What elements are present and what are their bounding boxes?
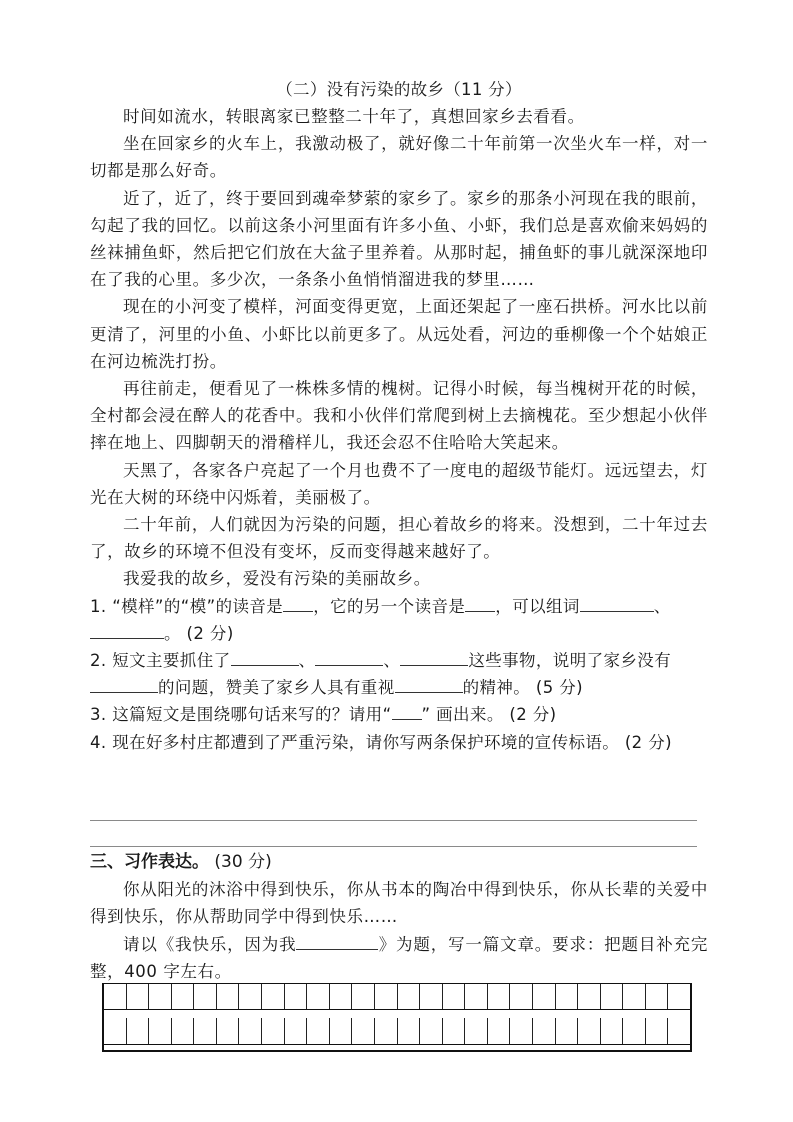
grid-cell[interactable] [285, 984, 308, 1009]
grid-cell[interactable] [443, 1018, 466, 1044]
q3-underline-sample [392, 703, 422, 721]
grid-cell[interactable] [194, 1018, 217, 1044]
grid-cell[interactable] [646, 984, 669, 1009]
question-4: 4. 现在好多村庄都遭到了严重污染，请你写两条保护环境的宣传标语。 (2 分) [90, 729, 708, 756]
grid-gap [102, 1045, 692, 1052]
grid-cell[interactable] [623, 984, 646, 1009]
grid-cell[interactable] [217, 1018, 240, 1044]
q4-answer-line-1[interactable] [90, 820, 697, 821]
grid-cell[interactable] [556, 984, 579, 1009]
passage-paragraph: 再往前走，便看见了一株株多情的槐树。记得小时候，每当槐树开花的时候，全村都会浸在… [90, 375, 708, 457]
q2-text: 的问题，赞美了家乡人具有重视 [158, 678, 395, 697]
grid-cell[interactable] [149, 984, 172, 1009]
grid-cell[interactable] [623, 1018, 646, 1044]
q1-text: 、 [654, 597, 671, 616]
q2-score: 的精神。 (5 分) [463, 678, 583, 697]
passage-paragraph: 二十年前，人们就因为污染的问题，担心着故乡的将来。没想到，二十年过去了，故乡的环… [90, 511, 708, 565]
grid-cell[interactable] [285, 1018, 308, 1044]
q2-text: 这些事物，说明了家乡没有 [468, 651, 671, 670]
grid-gap [102, 1010, 692, 1018]
grid-cell[interactable] [488, 984, 511, 1009]
q1-text: ，可以组词 [495, 597, 580, 616]
grid-cell[interactable] [194, 984, 217, 1009]
grid-cell[interactable] [375, 984, 398, 1009]
q1-blank-other-pinyin[interactable] [465, 594, 495, 612]
q2-text: 2. 短文主要抓住了 [90, 651, 231, 670]
grid-cell[interactable] [578, 984, 601, 1009]
passage-paragraph: 坐在回家乡的火车上，我激动极了，就好像二十年前第一次坐火车一样，对一切都是那么好… [90, 130, 708, 184]
prompt-text: 请以《我快乐，因为我 [123, 935, 296, 954]
grid-cell[interactable] [307, 984, 330, 1009]
q4-answer-line-2[interactable] [90, 846, 697, 847]
grid-cell[interactable] [556, 1018, 579, 1044]
grid-cell[interactable] [578, 1018, 601, 1044]
title-blank[interactable] [296, 932, 378, 950]
writing-section: 三、习作表达。 (30 分) 你从阳光的沐浴中得到快乐，你从书本的陶冶中得到快乐… [90, 849, 708, 985]
writing-grid[interactable] [102, 983, 692, 1052]
grid-cell[interactable] [601, 1018, 624, 1044]
q1-blank-pinyin[interactable] [283, 594, 313, 612]
grid-cell[interactable] [149, 1018, 172, 1044]
passage-paragraph: 我爱我的故乡，爱没有污染的美丽故乡。 [90, 565, 708, 592]
section3-score: (30 分) [209, 852, 272, 872]
passage-paragraph: 时间如流水，转眼离家已整整二十年了，真想回家乡去看看。 [90, 103, 708, 130]
exam-page: （二）没有污染的故乡（11 分） 时间如流水，转眼离家已整整二十年了，真想回家乡… [90, 76, 708, 756]
q1-score: 。 (2 分) [164, 624, 234, 643]
grid-cell[interactable] [127, 984, 150, 1009]
q1-blank-word-2[interactable] [90, 621, 164, 639]
grid-cell[interactable] [352, 984, 375, 1009]
q3-text: 3. 这篇短文是围绕哪句话来写的？请用“ [90, 705, 392, 724]
passage-paragraph: 近了，近了，终于要回到魂牵梦萦的家乡了。家乡的那条小河现在我的眼前，勾起了我的回… [90, 185, 708, 294]
grid-row-1[interactable] [102, 983, 692, 1010]
q1-text: 1. “模样”的“模”的读音是 [90, 597, 283, 616]
grid-cell[interactable] [465, 1018, 488, 1044]
grid-cell[interactable] [443, 984, 466, 1009]
grid-cell[interactable] [646, 1018, 669, 1044]
grid-cell[interactable] [510, 1018, 533, 1044]
passage-paragraph: 天黑了，各家各户亮起了一个月也费不了一度电的超级节能灯。远远望去，灯光在大树的环… [90, 457, 708, 511]
q2-text: 、 [383, 651, 400, 670]
grid-cell[interactable] [398, 984, 421, 1009]
grid-row-2[interactable] [102, 1018, 692, 1045]
grid-cell[interactable] [239, 1018, 262, 1044]
q1-text: ，它的另一个读音是 [313, 597, 465, 616]
grid-cell[interactable] [465, 984, 488, 1009]
question-3: 3. 这篇短文是围绕哪句话来写的？请用“” 画出来。 (2 分) [90, 701, 708, 728]
grid-cell[interactable] [307, 1018, 330, 1044]
grid-cell[interactable] [510, 984, 533, 1009]
section3-heading: 三、习作表达。 (30 分) [90, 849, 708, 876]
grid-cell[interactable] [533, 1018, 556, 1044]
grid-cell[interactable] [488, 1018, 511, 1044]
grid-cell[interactable] [172, 1018, 195, 1044]
question-1: 1. “模样”的“模”的读音是，它的另一个读音是，可以组词、。 (2 分) [90, 593, 708, 647]
q2-blank-1[interactable] [231, 649, 299, 667]
grid-cell[interactable] [330, 984, 353, 1009]
grid-cell[interactable] [420, 1018, 443, 1044]
grid-cell[interactable] [668, 984, 690, 1009]
grid-cell[interactable] [601, 984, 624, 1009]
grid-cell[interactable] [172, 984, 195, 1009]
grid-cell[interactable] [398, 1018, 421, 1044]
grid-cell[interactable] [262, 984, 285, 1009]
grid-cell[interactable] [668, 1018, 690, 1044]
q2-blank-5[interactable] [395, 676, 463, 694]
q1-blank-word-1[interactable] [580, 594, 654, 612]
section-title: （二）没有污染的故乡（11 分） [90, 76, 708, 103]
grid-cell[interactable] [352, 1018, 375, 1044]
writing-prompt: 请以《我快乐，因为我》为题，写一篇文章。要求：把题目补充完整，400 字左右。 [90, 931, 708, 985]
grid-cell[interactable] [375, 1018, 398, 1044]
passage-paragraph: 现在的小河变了模样，河面变得更宽，上面还架起了一座石拱桥。河水比以前更清了，河里… [90, 293, 708, 375]
grid-cell[interactable] [420, 984, 443, 1009]
grid-cell[interactable] [330, 1018, 353, 1044]
grid-cell[interactable] [533, 984, 556, 1009]
grid-cell[interactable] [262, 1018, 285, 1044]
q2-blank-4[interactable] [90, 676, 158, 694]
grid-cell[interactable] [217, 984, 240, 1009]
q2-blank-2[interactable] [315, 649, 383, 667]
q2-blank-3[interactable] [400, 649, 468, 667]
grid-cell[interactable] [104, 984, 127, 1009]
writing-intro: 你从阳光的沐浴中得到快乐，你从书本的陶冶中得到快乐，你从长辈的关爱中得到快乐，你… [90, 876, 708, 930]
q3-score: ” 画出来。 (2 分) [422, 705, 557, 724]
grid-cell[interactable] [104, 1018, 127, 1044]
q2-text: 、 [299, 651, 316, 670]
question-2: 2. 短文主要抓住了、、这些事物，说明了家乡没有的问题，赞美了家乡人具有重视的精… [90, 647, 708, 701]
grid-cell[interactable] [239, 984, 262, 1009]
grid-cell[interactable] [127, 1018, 150, 1044]
section3-heading-text: 三、习作表达。 [90, 852, 209, 872]
